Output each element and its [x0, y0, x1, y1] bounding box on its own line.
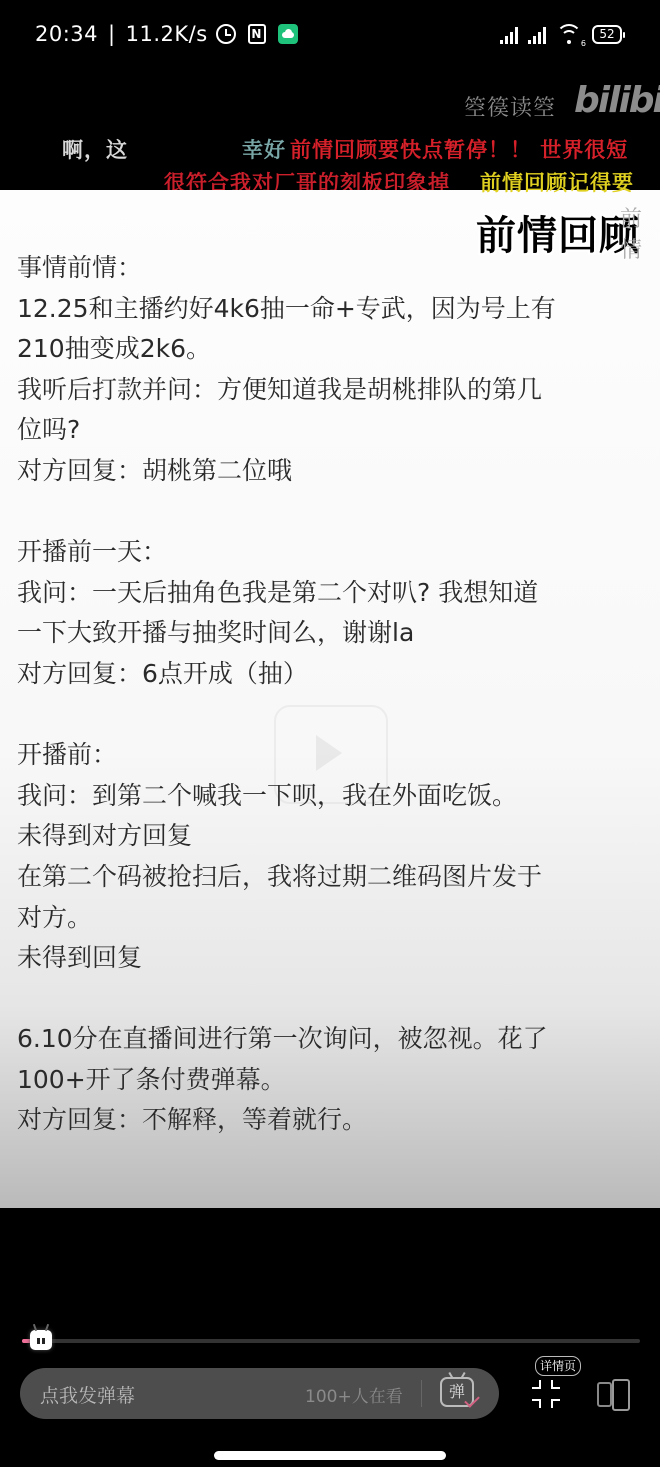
danmaku-comment: 啊，这	[62, 134, 128, 164]
battery-icon: 52	[592, 25, 622, 44]
progress-thumb-mascot-icon[interactable]	[30, 1330, 52, 1350]
doc-line: 未得到对方回复	[17, 816, 647, 857]
home-indicator[interactable]	[214, 1451, 446, 1460]
signal-1-icon	[500, 26, 518, 44]
exit-fullscreen-icon[interactable]	[532, 1380, 560, 1408]
cloud-icon	[278, 24, 298, 44]
danmaku-toggle-label: 弹	[449, 1382, 465, 1401]
doc-line: 事情前情：	[17, 248, 647, 289]
doc-line: 开播前一天：	[17, 532, 647, 573]
paragraph-gap	[17, 695, 647, 736]
danmaku-placeholder: 点我发弹幕	[40, 1381, 135, 1408]
danmaku-input[interactable]: 点我发弹幕 100+人在看 弹	[20, 1368, 499, 1419]
doc-line: 210抽变成2k6。	[17, 329, 647, 370]
doc-line: 我问：到第二个喊我一下呗，我在外面吃饭。	[17, 776, 647, 817]
nfc-icon: N	[248, 24, 266, 44]
doc-line: 位吗?	[17, 410, 647, 451]
status-bar: 20:34 | 11.2K/s N 6 52	[0, 0, 660, 72]
wifi-icon: 6	[556, 24, 582, 44]
doc-line: 我听后打款并问：方便知道我是胡桃排队的第几	[17, 370, 647, 411]
doc-line: 对方。	[17, 898, 647, 939]
divider	[421, 1380, 422, 1407]
paragraph-gap	[17, 979, 647, 1020]
doc-line: 未得到回复	[17, 938, 647, 979]
doc-line: 一下大致开播与抽奖时间么，谢谢la	[17, 613, 647, 654]
detail-page-badge[interactable]: 详情页	[535, 1356, 581, 1376]
net-speed: 11.2K/s	[126, 22, 208, 46]
doc-line: 100+开了条付费弹幕。	[17, 1060, 647, 1101]
doc-line: 在第二个码被抢扫后，我将过期二维码图片发于	[17, 857, 647, 898]
alarm-icon	[216, 24, 236, 44]
wifi-label: 6	[581, 39, 586, 48]
document-text: 事情前情： 12.25和主播约好4k6抽一命+专武，因为号上有 210抽变成2k…	[17, 248, 647, 1141]
doc-line: 对方回复：胡桃第二位哦	[17, 451, 647, 492]
doc-line: 12.25和主播约好4k6抽一命+专武，因为号上有	[17, 289, 647, 330]
bilibili-logo: bilibili	[574, 80, 660, 121]
channel-watermark: 箜篌读箜	[464, 91, 556, 122]
video-frame[interactable]: 前情回顾 前情 事情前情： 12.25和主播约好4k6抽一命+专武，因为号上有 …	[0, 190, 660, 1208]
danmaku-comment: 幸好	[242, 134, 286, 164]
paragraph-gap	[17, 492, 647, 533]
signal-2-icon	[528, 26, 546, 44]
status-left: 20:34 | 11.2K/s N	[35, 22, 298, 46]
separator: |	[108, 22, 116, 46]
doc-line: 我问：一天后抽角色我是第二个对叭? 我想知道	[17, 573, 647, 614]
split-screen-icon[interactable]	[597, 1379, 633, 1411]
progress-bar[interactable]	[22, 1339, 640, 1343]
doc-line: 开播前：	[17, 735, 647, 776]
doc-line: 对方回复：6点开成（抽）	[17, 654, 647, 695]
clock: 20:34	[35, 22, 98, 46]
battery-level: 52	[599, 27, 614, 41]
doc-line: 对方回复：不解释，等着就行。	[17, 1100, 647, 1141]
viewer-count: 100+人在看	[305, 1382, 403, 1407]
status-right: 6 52	[500, 24, 622, 44]
doc-line: 6.10分在直播间进行第一次询问，被忽视。花了	[17, 1019, 647, 1060]
danmaku-comment: 前情回顾记得要	[480, 167, 634, 197]
danmaku-comment: 前情回顾要快点暂停！！ 世界很短	[290, 134, 628, 164]
